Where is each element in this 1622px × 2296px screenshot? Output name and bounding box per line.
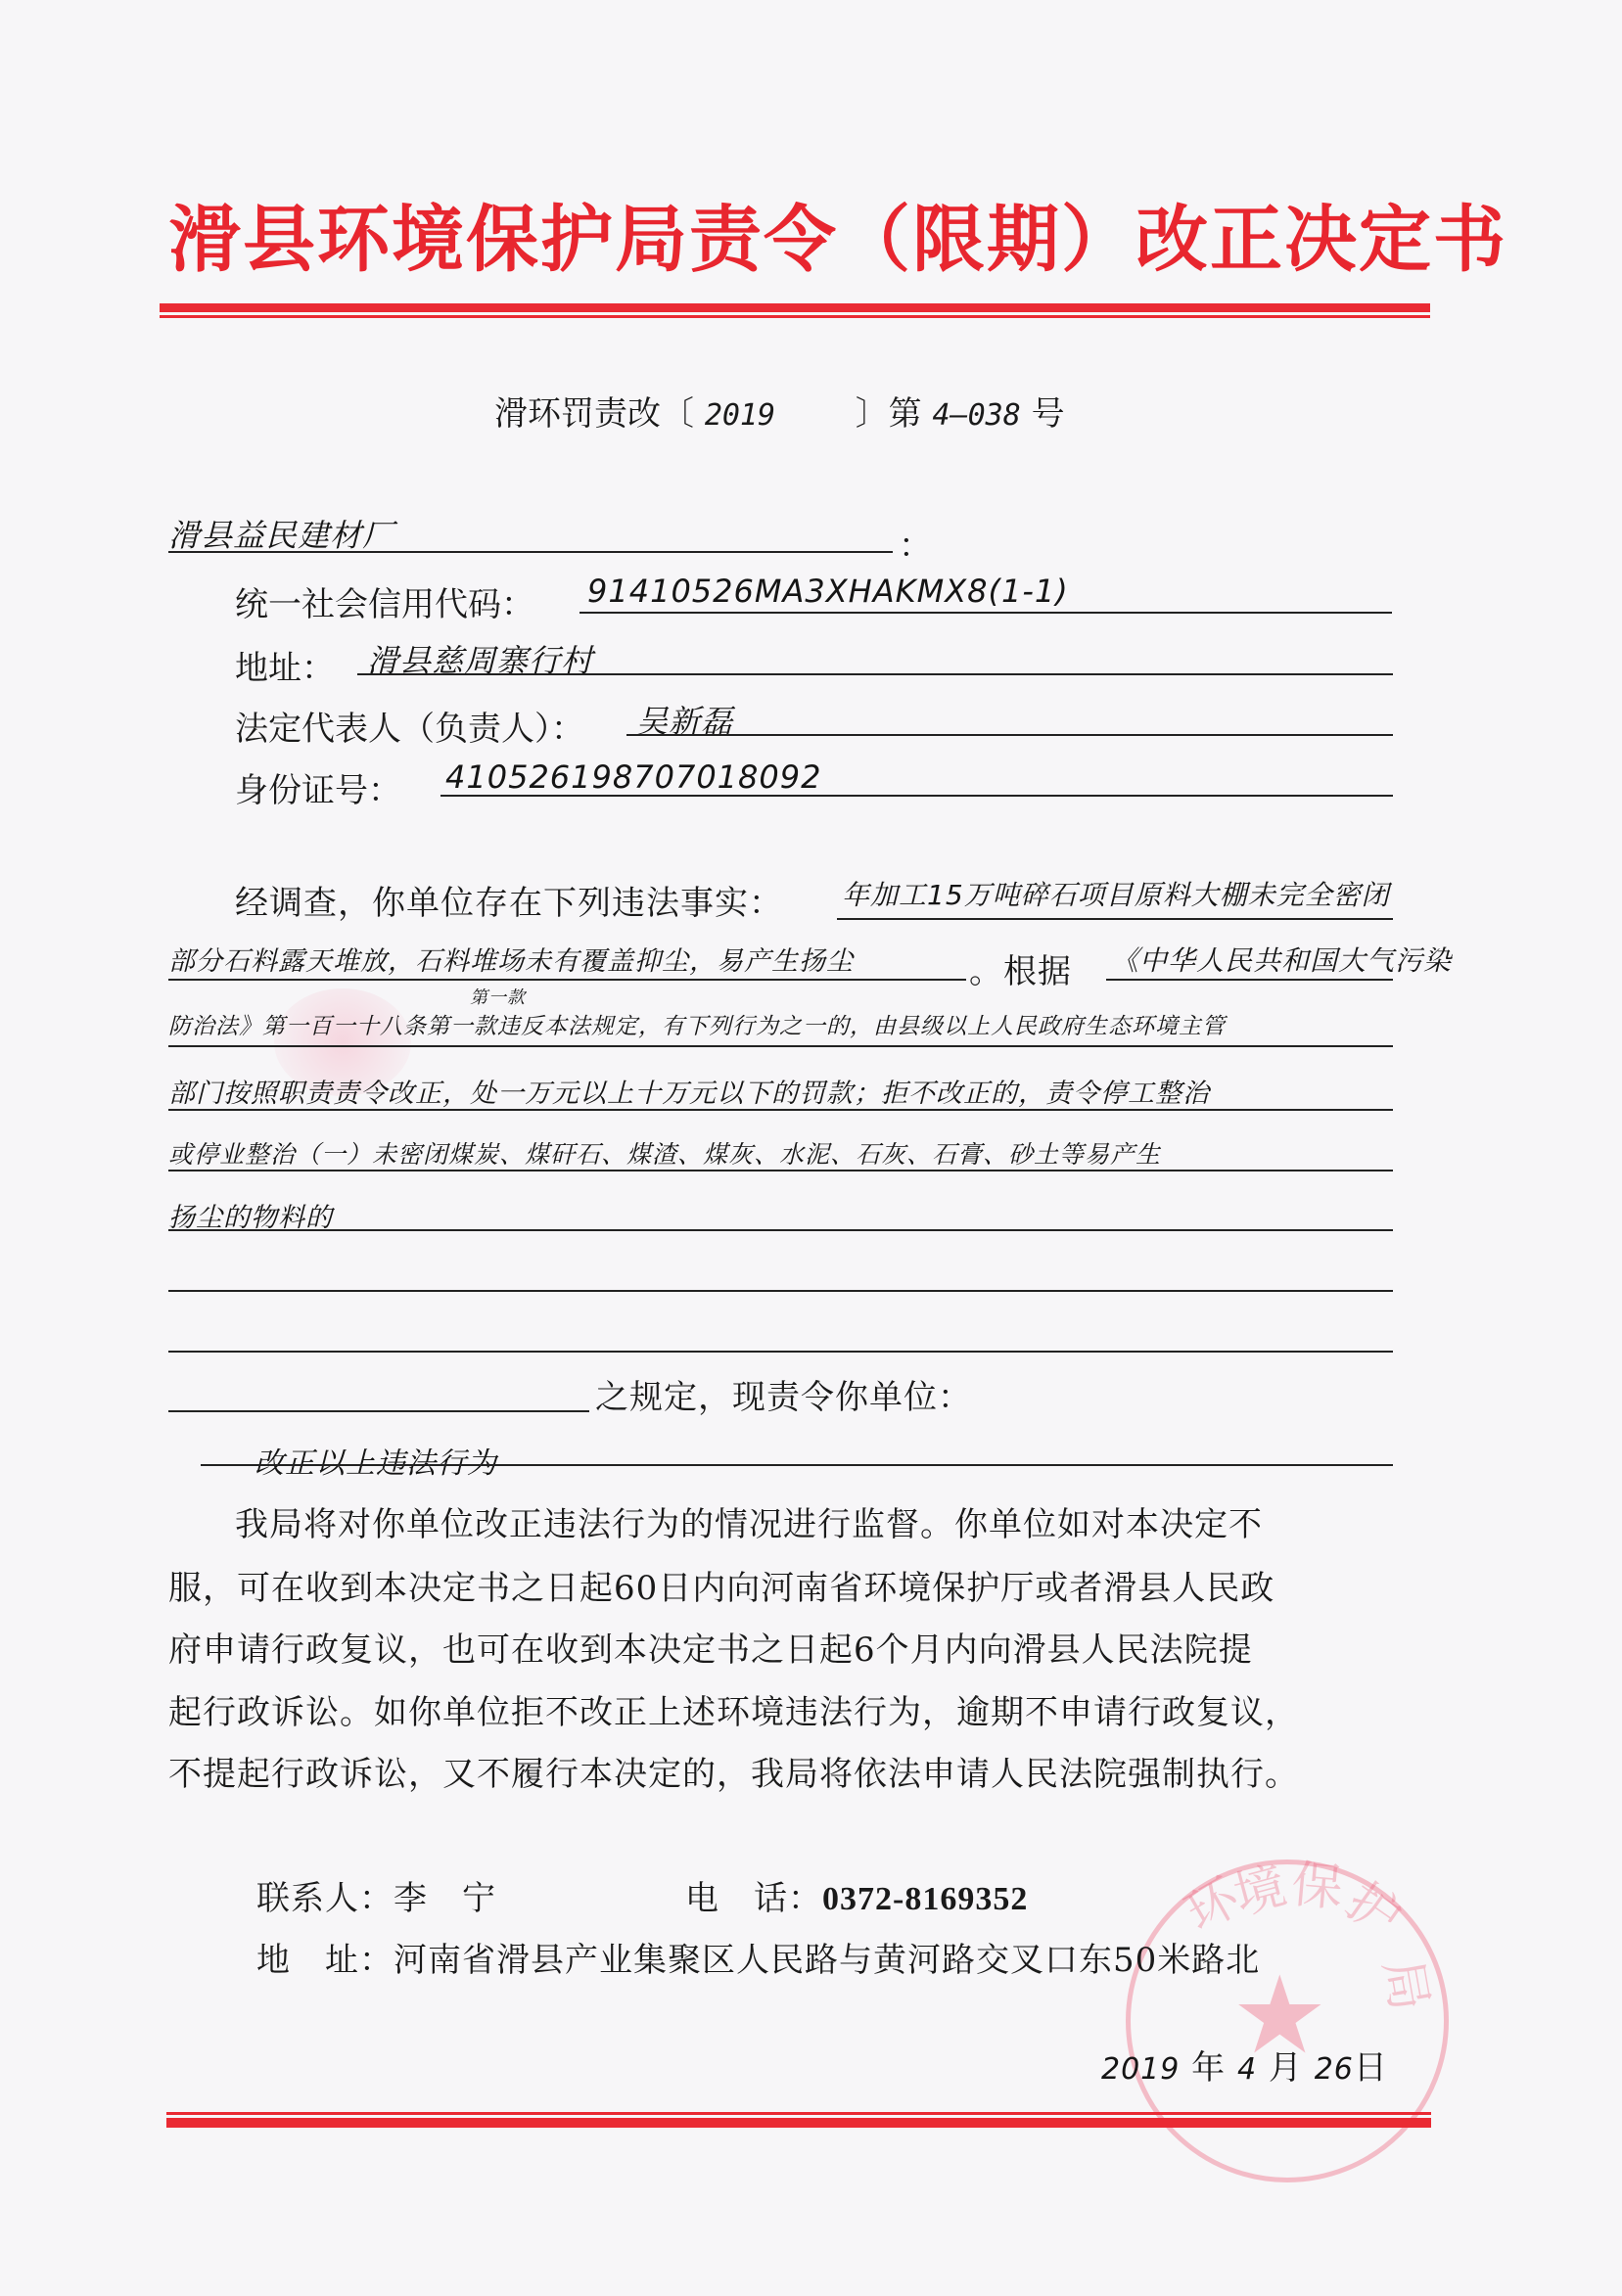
contact-phone-value: 0372-8169352 bbox=[822, 1881, 1028, 1917]
footer-red-rule-thin bbox=[166, 2112, 1431, 2115]
law-underline-5 bbox=[168, 1170, 1393, 1171]
issue-date: 2019 年 4 月 26日 bbox=[1101, 2041, 1388, 2089]
violation-underline-1 bbox=[837, 918, 1393, 920]
violation-underline-2 bbox=[168, 979, 966, 981]
contact-person-label: 联系人： bbox=[256, 1879, 394, 1918]
id-number-value: 410526198707018092 bbox=[445, 758, 821, 796]
law-line-3: 防治法》第一百一十八条第一款违反本法规定，有下列行为之一的，由县级以上人民政府生… bbox=[168, 1008, 1226, 1040]
blank-underline-7 bbox=[168, 1290, 1393, 1292]
doc-number-middle: 〕第 bbox=[856, 394, 922, 434]
doc-number-value: 4—038 bbox=[933, 398, 1021, 433]
violation-intro: 经调查，你单位存在下列违法事实： bbox=[235, 876, 783, 924]
contact-phone-label: 电 话： bbox=[685, 1879, 822, 1918]
address-underline bbox=[357, 673, 1393, 675]
provision-text: 之规定，现责令你单位： bbox=[595, 1370, 972, 1418]
provision-underline bbox=[168, 1410, 589, 1412]
recipient-name: 滑县益民建材厂 bbox=[168, 511, 394, 556]
doc-number-year: 2019 bbox=[705, 398, 775, 433]
law-line-4: 部门按照职责责令改正，处一万元以上十万元以下的罚款；拒不改正的，责令停工整治 bbox=[168, 1072, 1210, 1110]
contact-address: 地 址：河南省滑县产业集聚区人民路与黄河路交叉口东50米路北 bbox=[256, 1933, 1260, 1981]
order-underline bbox=[201, 1464, 1393, 1466]
credit-code-underline bbox=[579, 612, 1392, 614]
law-superscript-note: 第一款 bbox=[470, 984, 526, 1009]
seal-char-3: 保 bbox=[1289, 1843, 1346, 1920]
contact-person-value: 李 宁 bbox=[394, 1879, 496, 1918]
legal-rep-label: 法定代表人（负责人）： bbox=[235, 702, 584, 750]
legal-rep-underline bbox=[626, 734, 1393, 736]
violation-line-2: 部分石料露天堆放，石料堆场未有覆盖抑尘，易产生扬尘 bbox=[168, 940, 854, 978]
law-line-5: 或停业整治（一）未密闭煤炭、煤矸石、煤渣、煤灰、水泥、石灰、石膏、砂土等易产生 bbox=[168, 1135, 1161, 1171]
doc-number-suffix: 号 bbox=[1032, 394, 1065, 434]
notice-line-1: 我局将对你单位改正违法行为的情况进行监督。你单位如对本决定不 bbox=[235, 1497, 1263, 1545]
document-title: 滑县环境保护局责令（限期）改正决定书 bbox=[168, 196, 1441, 284]
date-day-unit: 日 bbox=[1354, 2048, 1388, 2088]
notice-line-2: 服，可在收到本决定书之日起60日内向河南省环境保护厅或者滑县人民政 bbox=[168, 1561, 1274, 1609]
contact-address-value: 河南省滑县产业集聚区人民路与黄河路交叉口东50米路北 bbox=[394, 1941, 1260, 1980]
blank-underline-8 bbox=[168, 1351, 1393, 1353]
date-month: 4 bbox=[1237, 2052, 1257, 2087]
footer-red-rule-thick bbox=[166, 2118, 1431, 2128]
violation-line-1: 年加工15万吨碎石项目原料大棚未完全密闭 bbox=[842, 874, 1390, 913]
notice-line-5: 不提起行政诉讼，又不履行本决定的，我局将依法申请人民法院强制执行。 bbox=[168, 1747, 1299, 1795]
header-red-rule-thin bbox=[160, 315, 1430, 318]
contact-person: 联系人：李 宁 bbox=[256, 1871, 496, 1919]
recipient-underline bbox=[168, 551, 893, 553]
contact-address-label: 地 址： bbox=[256, 1941, 394, 1980]
law-underline-4 bbox=[168, 1109, 1393, 1111]
id-number-underline bbox=[440, 795, 1393, 797]
order-value: 改正以上违法行为 bbox=[255, 1439, 497, 1482]
id-number-label: 身份证号： bbox=[235, 763, 401, 811]
address-label: 地址： bbox=[235, 641, 335, 689]
date-year-unit: 年 bbox=[1191, 2048, 1226, 2088]
date-day: 26 bbox=[1315, 2052, 1354, 2087]
notice-line-3: 府申请行政复议，也可在收到本决定书之日起6个月内向滑县人民法院提 bbox=[168, 1623, 1253, 1671]
notice-line-4: 起行政诉讼。如你单位拒不改正上述环境违法行为，逾期不申请行政复议， bbox=[168, 1685, 1299, 1733]
credit-code-label: 统一社会信用代码： bbox=[235, 577, 534, 625]
document-number: 滑环罚责改〔 2019 〕第 4—038 号 bbox=[494, 387, 1065, 435]
law-name-start: 《中华人民共和国大气污染 bbox=[1111, 940, 1452, 979]
date-month-unit: 月 bbox=[1269, 2048, 1303, 2088]
law-underline-6 bbox=[168, 1229, 1393, 1231]
law-underline-2 bbox=[1106, 979, 1393, 981]
header-red-rule-thick bbox=[160, 303, 1430, 312]
law-underline-3 bbox=[168, 1045, 1393, 1047]
date-year: 2019 bbox=[1101, 2052, 1180, 2087]
according-to-text: 。根据 bbox=[969, 944, 1072, 992]
credit-code-value: 91410526MA3XHAKMX8(1-1) bbox=[587, 573, 1069, 610]
doc-number-prefix: 滑环罚责改〔 bbox=[494, 394, 694, 434]
contact-phone: 电 话：0372-8169352 bbox=[685, 1871, 1028, 1919]
recipient-colon: ： bbox=[899, 519, 932, 567]
